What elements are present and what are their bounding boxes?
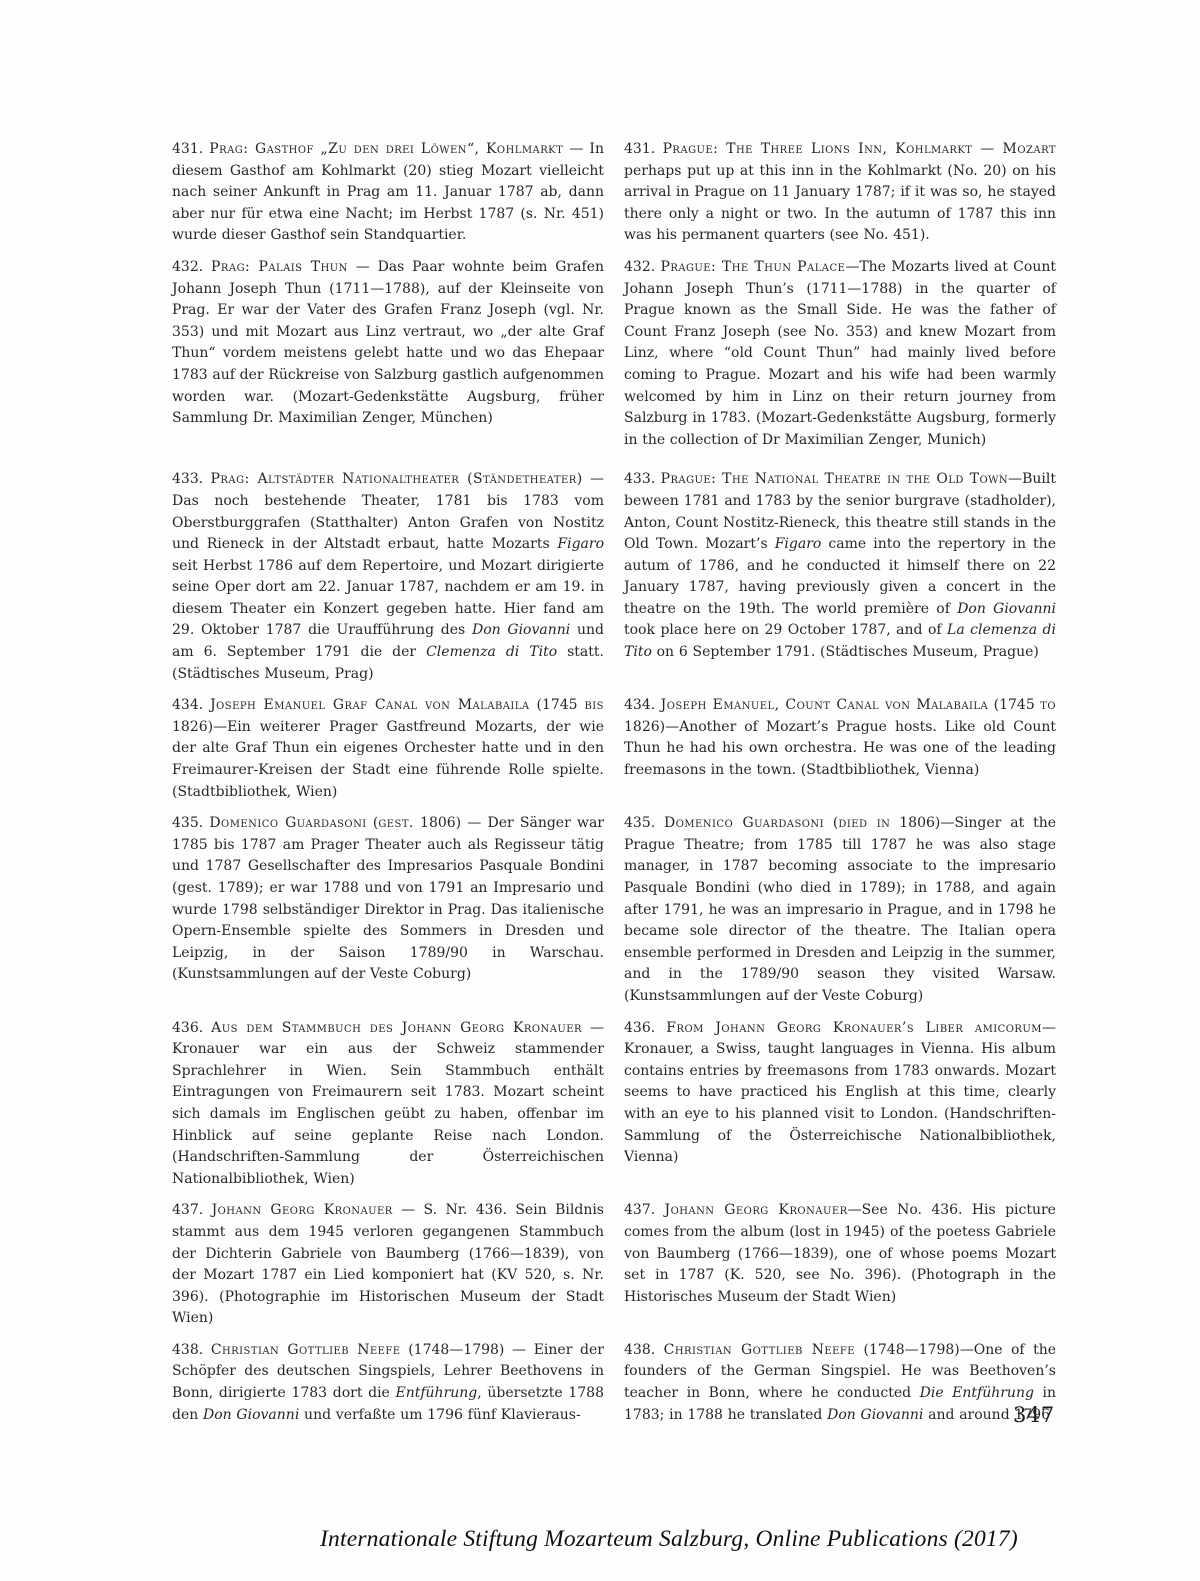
text-run: 436. (624, 1020, 666, 1036)
text-run: 437. (172, 1202, 212, 1218)
entry-438-de: 438. Christian Gottlieb Neefe (1748—1798… (172, 1340, 604, 1426)
text-run: — Kronauer war ein aus der Schweiz stamm… (172, 1020, 604, 1187)
italic-run: Don Giovanni (827, 1407, 923, 1423)
italic-run: Figaro (775, 536, 822, 552)
text-run: 1806) — Der Sänger war 1785 bis 1787 am … (172, 815, 604, 982)
small-caps-run: Aus dem Stammbuch des Johann Georg Krona… (211, 1020, 582, 1036)
small-caps-run: to (1040, 697, 1056, 713)
entry-434-en: 434. Joseph Emanuel, Count Canal von Mal… (624, 695, 1056, 803)
small-caps-run: Joseph Emanuel Graf Canal von Malabaila (210, 697, 530, 713)
text-run: 432. (624, 259, 660, 275)
text-run: 434. (172, 697, 210, 713)
text-run: ( (367, 815, 379, 831)
text-run: und verfaßte um 1796 fünf Klavieraus- (299, 1407, 580, 1423)
entry-433-en: 433. Prague: The National Theatre in the… (624, 469, 1056, 685)
small-caps-run: Prague: The Thun Palace (660, 259, 845, 275)
italic-run: Don Giovanni (203, 1407, 299, 1423)
text-run: 437. (624, 1202, 665, 1218)
text-run: 433. (624, 471, 661, 487)
text-run: 431. (624, 141, 663, 157)
text-run: 434. (624, 697, 661, 713)
small-caps-run: Prag: Altstädter Nationaltheater (Stände… (211, 471, 583, 487)
small-caps-run: gest. (378, 815, 414, 831)
text-run: 436. (172, 1020, 211, 1036)
small-caps-run: Christian Gottlieb Neefe (664, 1342, 855, 1358)
italic-run: Clemenza di Tito (426, 644, 557, 660)
italic-run: Die Entführung (920, 1385, 1034, 1401)
small-caps-run: Joseph Emanuel, Count Canal von Malabail… (661, 697, 989, 713)
small-caps-run: Johann Georg Kronauer (212, 1202, 393, 1218)
text-run: on 6 September 1791. (Städtisches Museum… (652, 644, 1039, 660)
text-run: 1826)—Another of Mozart’s Prague hosts. … (624, 719, 1056, 778)
entry-437-en: 437. Johann Georg Kronauer—See No. 436. … (624, 1200, 1056, 1330)
text-run: 1826)—Ein weiterer Prager Gastfreund Moz… (172, 719, 604, 800)
entry-436-de: 436. Aus dem Stammbuch des Johann Georg … (172, 1018, 604, 1191)
text-run: — Das Paar wohnte beim Grafen Johann Jos… (172, 259, 604, 426)
entry-434-de: 434. Joseph Emanuel Graf Canal von Malab… (172, 695, 604, 803)
text-run: 1806)—Singer at the Prague Theatre; from… (624, 815, 1056, 1004)
small-caps-run: Prag: Palais Thun (211, 259, 348, 275)
text-run: (1745 (530, 697, 585, 713)
italic-run: Don Giovanni (957, 601, 1056, 617)
text-run: 438. (624, 1342, 664, 1358)
text-run: perhaps put up at this inn in the Kohlma… (624, 163, 1056, 244)
text-run: 433. (172, 471, 211, 487)
text-run: ( (824, 815, 838, 831)
entry-435-en: 435. Domenico Guardasoni (died in 1806)—… (624, 813, 1056, 1007)
entry-438-en: 438. Christian Gottlieb Neefe (1748—1798… (624, 1340, 1056, 1426)
italic-run: Figaro (557, 536, 604, 552)
text-run: —Kronauer, a Swiss, taught languages in … (624, 1020, 1056, 1166)
text-run: took place here on 29 October 1787, and … (624, 622, 947, 638)
small-caps-run: died in (838, 815, 890, 831)
entry-435-de: 435. Domenico Guardasoni (gest. 1806) — … (172, 813, 604, 1007)
text-run: 435. (624, 815, 664, 831)
entry-433-de: 433. Prag: Altstädter Nationaltheater (S… (172, 469, 604, 685)
entry-431-en: 431. Prague: The Three Lions Inn, Kohlma… (624, 139, 1056, 247)
italic-run: Entführung (396, 1385, 478, 1401)
small-caps-run: Domenico Guardasoni (209, 815, 366, 831)
entry-436-en: 436. From Johann Georg Kronauer’s Liber … (624, 1018, 1056, 1191)
small-caps-run: Christian Gottlieb Neefe (211, 1342, 401, 1358)
text-run: (1745 (988, 697, 1040, 713)
text-run: 435. (172, 815, 209, 831)
small-caps-run: Johann Georg Kronauer (665, 1202, 848, 1218)
page-number: 347 (1013, 1402, 1055, 1428)
small-caps-run: From Johann Georg Kronauer’s Liber amico… (666, 1020, 1042, 1036)
italic-run: Don Giovanni (472, 622, 570, 638)
entry-432-en: 432. Prague: The Thun Palace—The Mozarts… (624, 257, 1056, 451)
text-run: 438. (172, 1342, 211, 1358)
text-run: — S. Nr. 436. Sein Bildnis stammt aus de… (172, 1202, 604, 1326)
book-page: 431. Prag: Gasthof „Zu den drei Löwen“, … (0, 0, 1200, 1581)
small-caps-run: Prague: The Three Lions Inn, Kohlmarkt —… (663, 141, 1056, 157)
text-run: —The Mozarts lived at Count Johann Josep… (624, 259, 1056, 448)
small-caps-run: bis (584, 697, 604, 713)
entry-437-de: 437. Johann Georg Kronauer — S. Nr. 436.… (172, 1200, 604, 1330)
entry-432-de: 432. Prag: Palais Thun — Das Paar wohnte… (172, 257, 604, 451)
text-run: 432. (172, 259, 211, 275)
entry-431-de: 431. Prag: Gasthof „Zu den drei Löwen“, … (172, 139, 604, 247)
entries-grid: 431. Prag: Gasthof „Zu den drei Löwen“, … (172, 139, 1056, 1426)
small-caps-run: Prag: Gasthof „Zu den drei Löwen“, Kohlm… (209, 141, 563, 157)
small-caps-run: Prague: The National Theatre in the Old … (661, 471, 1009, 487)
small-caps-run: Domenico Guardasoni (664, 815, 824, 831)
footer-credit: Internationale Stiftung Mozarteum Salzbu… (320, 1524, 1018, 1554)
text-run: 431. (172, 141, 209, 157)
